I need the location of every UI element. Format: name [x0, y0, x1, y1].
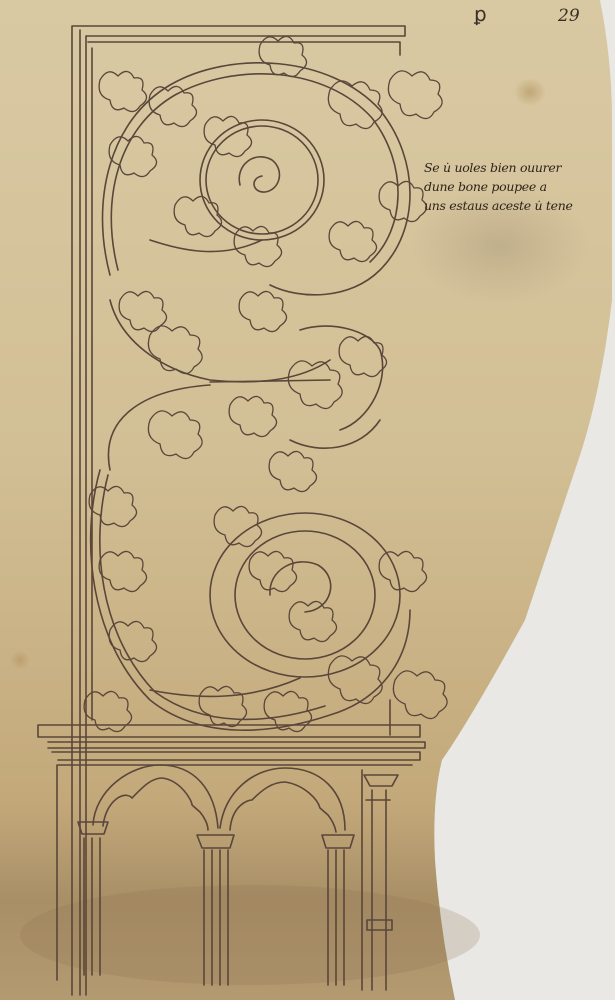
folio-number: 29	[558, 6, 580, 26]
caption-line-3: uns estaus aceste u̇ tene	[424, 196, 614, 215]
shelf-mark: ꝑ	[474, 2, 487, 26]
manuscript-page	[0, 0, 615, 1000]
caption-text: Se u̇ uoles bien ouurer dune bone poupee…	[424, 158, 614, 215]
caption-line-1: Se u̇ uoles bien ouurer	[424, 158, 614, 177]
caption-line-2: dune bone poupee a	[424, 177, 614, 196]
